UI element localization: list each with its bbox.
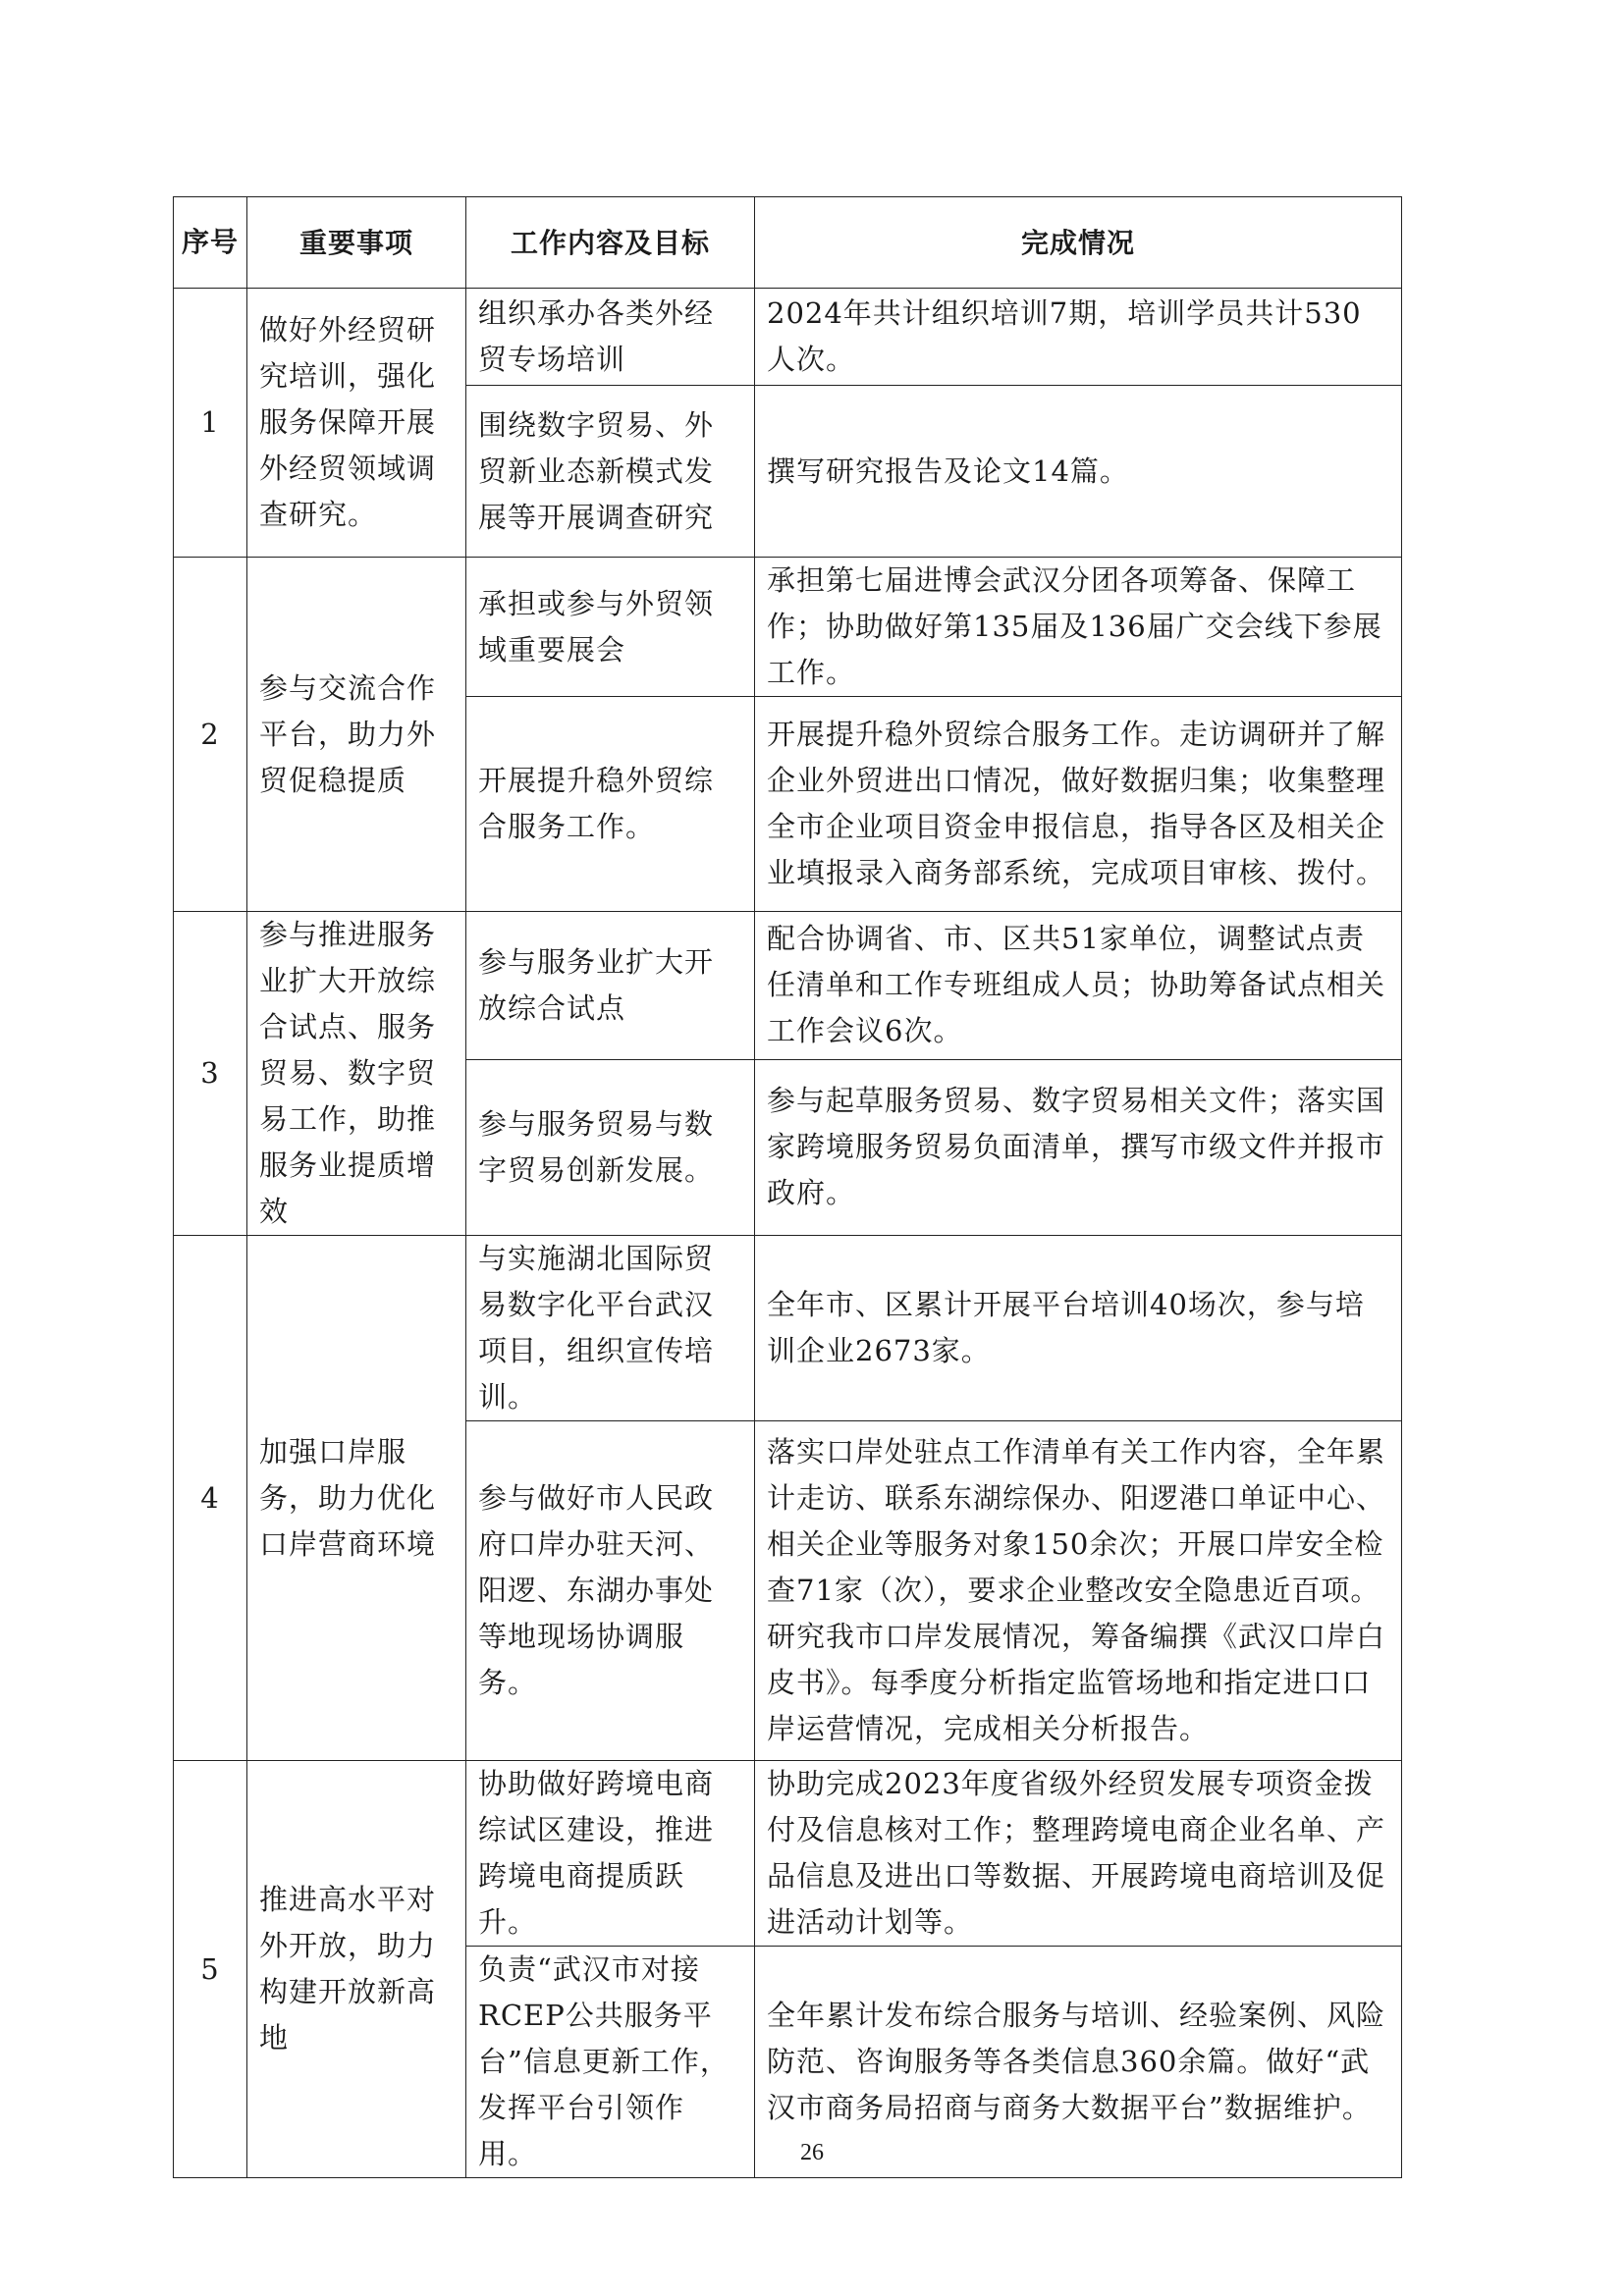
header-result: 完成情况 <box>755 197 1402 289</box>
work-summary-table: 序号 重要事项 工作内容及目标 完成情况 1 做好外经贸研究培训，强化服务保障开… <box>173 196 1402 2178</box>
row-index: 3 <box>174 912 247 1236</box>
task-result: 承担第七届进博会武汉分团各项筹备、保障工作；协助做好第135届及136届广交会线… <box>755 558 1402 697</box>
task-result: 撰写研究报告及论文14篇。 <box>755 386 1402 558</box>
header-item: 重要事项 <box>247 197 466 289</box>
task-content: 参与服务贸易与数字贸易创新发展。 <box>466 1059 755 1235</box>
table-header-row: 序号 重要事项 工作内容及目标 完成情况 <box>174 197 1402 289</box>
task-result: 全年市、区累计开展平台培训40场次，参与培训企业2673家。 <box>755 1236 1402 1421</box>
table-row: 5 推进高水平对外开放，助力构建开放新高地 协助做好跨境电商综试区建设，推进跨境… <box>174 1761 1402 1947</box>
header-index: 序号 <box>174 197 247 289</box>
row-index: 2 <box>174 558 247 912</box>
task-result: 开展提升稳外贸综合服务工作。走访调研并了解企业外贸进出口情况，做好数据归集；收集… <box>755 697 1402 912</box>
header-content: 工作内容及目标 <box>466 197 755 289</box>
task-content: 组织承办各类外经贸专场培训 <box>466 289 755 386</box>
row-item: 加强口岸服务，助力优化口岸营商环境 <box>247 1236 466 1761</box>
task-content: 参与服务业扩大开放综合试点 <box>466 912 755 1060</box>
task-content: 协助做好跨境电商综试区建设，推进跨境电商提质跃升。 <box>466 1761 755 1947</box>
table-row: 2 参与交流合作平台，助力外贸促稳提质 承担或参与外贸领域重要展会 承担第七届进… <box>174 558 1402 697</box>
table-row: 3 参与推进服务业扩大开放综合试点、服务贸易、数字贸易工作，助推服务业提质增效 … <box>174 912 1402 1060</box>
task-result: 协助完成2023年度省级外经贸发展专项资金拨付及信息核对工作；整理跨境电商企业名… <box>755 1761 1402 1947</box>
task-content: 承担或参与外贸领域重要展会 <box>466 558 755 697</box>
row-index: 4 <box>174 1236 247 1761</box>
row-item: 参与交流合作平台，助力外贸促稳提质 <box>247 558 466 912</box>
table-row: 4 加强口岸服务，助力优化口岸营商环境 与实施湖北国际贸易数字化平台武汉项目，组… <box>174 1236 1402 1421</box>
page-number: 26 <box>0 2140 1624 2166</box>
row-index: 1 <box>174 289 247 558</box>
task-result: 配合协调省、市、区共51家单位，调整试点责任清单和工作专班组成人员；协助筹备试点… <box>755 912 1402 1060</box>
row-index: 5 <box>174 1761 247 2178</box>
task-result: 落实口岸处驻点工作清单有关工作内容，全年累计走访、联系东湖综保办、阳逻港口单证中… <box>755 1421 1402 1761</box>
table-row: 1 做好外经贸研究培训，强化服务保障开展外经贸领域调查研究。 组织承办各类外经贸… <box>174 289 1402 386</box>
task-content: 围绕数字贸易、外贸新业态新模式发展等开展调查研究 <box>466 386 755 558</box>
task-content: 开展提升稳外贸综合服务工作。 <box>466 697 755 912</box>
row-item: 做好外经贸研究培训，强化服务保障开展外经贸领域调查研究。 <box>247 289 466 558</box>
row-item: 推进高水平对外开放，助力构建开放新高地 <box>247 1761 466 2178</box>
task-content: 与实施湖北国际贸易数字化平台武汉项目，组织宣传培训。 <box>466 1236 755 1421</box>
task-result: 参与起草服务贸易、数字贸易相关文件；落实国家跨境服务贸易负面清单，撰写市级文件并… <box>755 1059 1402 1235</box>
task-result: 2024年共计组织培训7期，培训学员共计530人次。 <box>755 289 1402 386</box>
row-item: 参与推进服务业扩大开放综合试点、服务贸易、数字贸易工作，助推服务业提质增效 <box>247 912 466 1236</box>
task-content: 参与做好市人民政府口岸办驻天河、阳逻、东湖办事处等地现场协调服务。 <box>466 1421 755 1761</box>
